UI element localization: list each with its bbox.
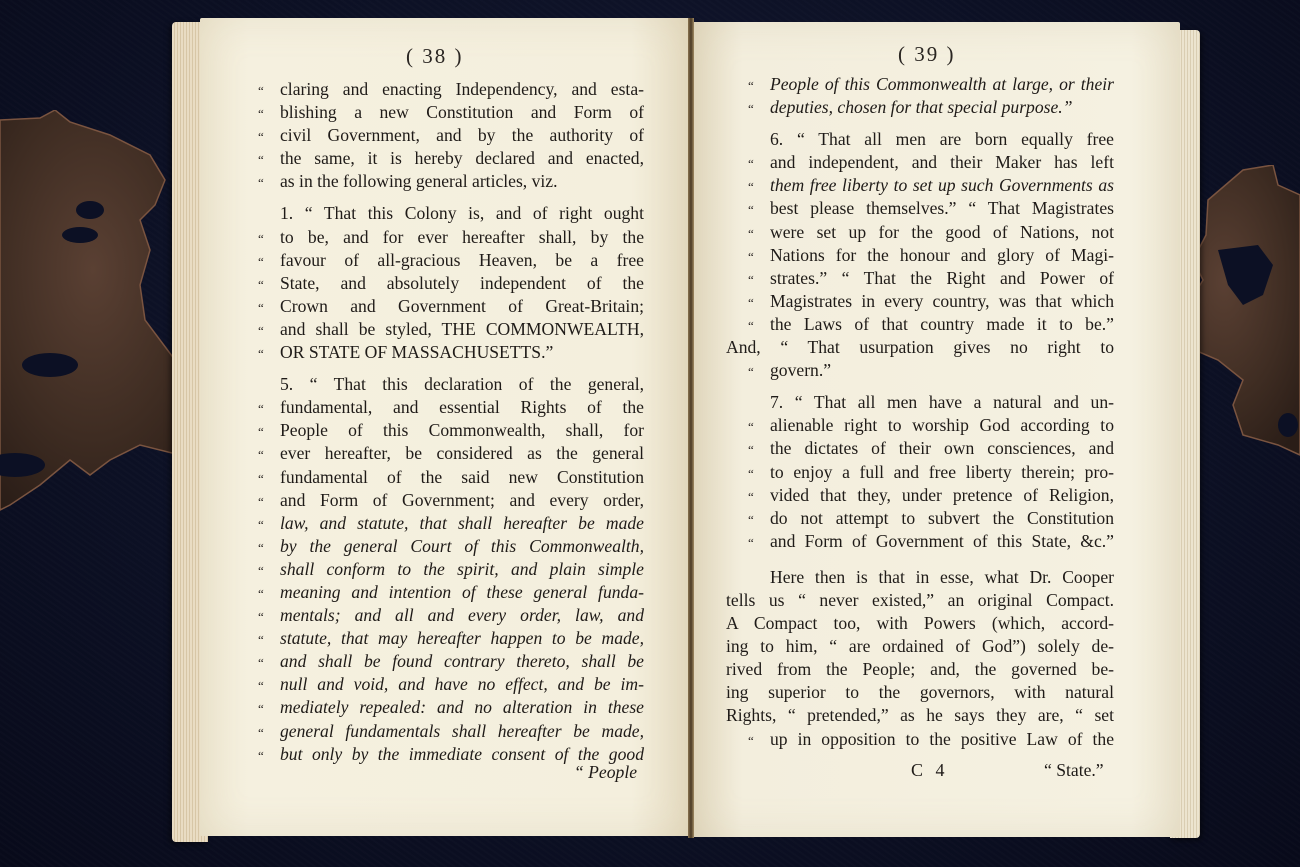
text-line: ing to him, “ are ordained of God”) sole…	[726, 635, 1114, 658]
text-line: “best please themselves.” “ That Magistr…	[748, 197, 1114, 220]
text-line: “as in the following general articles, v…	[258, 170, 644, 193]
text-line-italic: “general fundamentals shall hereafter be…	[258, 720, 644, 743]
text-line-commentary: Here then is that in esse, what Dr. Coop…	[748, 566, 1114, 589]
text-line: “fundamental, and essential Rights of th…	[258, 396, 644, 419]
text-line: “to enjoy a full and free liberty therei…	[748, 461, 1114, 484]
text-line: “the same, it is hereby declared and ena…	[258, 147, 644, 170]
text-line: “strates.” “ That the Right and Power of	[748, 267, 1114, 290]
text-line: “and Form of Government of this State, &…	[748, 530, 1114, 553]
text-line-article-1: 1. “ That this Colony is, and of right o…	[258, 202, 644, 225]
left-page: ( 38 ) “claring and enacting Independenc…	[200, 18, 690, 836]
text-line: “the Laws of that country made it to be.…	[748, 313, 1114, 336]
open-book: ( 38 ) “claring and enacting Independenc…	[172, 14, 1200, 842]
text-line: “favour of all-gracious Heaven, be a fre…	[258, 249, 644, 272]
text-line-italic: “and shall be found contrary thereto, sh…	[258, 650, 644, 673]
text-line-italic: “statute, that may hereafter happen to b…	[258, 627, 644, 650]
text-line: “People of this Commonwealth, shall, for	[258, 419, 644, 442]
text-line: Rights, “ pretended,” as he says they ar…	[726, 704, 1114, 727]
text-line-italic: “People of this Commonwealth at large, o…	[748, 73, 1114, 96]
text-line: “ever hereafter, be considered as the ge…	[258, 442, 644, 465]
text-line: “to be, and for ever hereafter shall, by…	[258, 226, 644, 249]
text-line-italic: “by the general Court of this Commonweal…	[258, 535, 644, 558]
text-line: “and independent, and their Maker has le…	[748, 151, 1114, 174]
text-line: “Magistrates in every country, was that …	[748, 290, 1114, 313]
text-line: “OR STATE OF MASSACHUSETTS.”	[258, 341, 644, 364]
text-line-italic: “deputies, chosen for that special purpo…	[748, 96, 1114, 119]
text-line: “Nations for the honour and glory of Mag…	[748, 244, 1114, 267]
catchword-left: “ People	[574, 762, 637, 783]
text-line-article-5: 5. “ That this declaration of the genera…	[258, 373, 644, 396]
page-number-38: ( 38 )	[406, 44, 464, 69]
text-line: tells us “ never existed,” an original C…	[726, 589, 1114, 612]
text-line: “claring and enacting Independency, and …	[258, 78, 644, 101]
text-line-italic: “mediately repealed: and no alteration i…	[258, 696, 644, 719]
text-line-italic: “law, and statute, that shall hereafter …	[258, 512, 644, 535]
text-line: “up in opposition to the positive Law of…	[748, 728, 1114, 751]
text-line: “alienable right to worship God accordin…	[748, 414, 1114, 437]
text-line-article-6: 6. “ That all men are born equally free	[748, 128, 1114, 151]
text-line: And, “ That usurpation gives no right to	[748, 336, 1114, 359]
text-line: “blishing a new Constitution and Form of	[258, 101, 644, 124]
text-line: “fundamental of the said new Constitutio…	[258, 466, 644, 489]
page-number-39: ( 39 )	[898, 42, 956, 67]
text-line: “Crown and Government of Great-Britain;	[258, 295, 644, 318]
text-line: “and shall be styled, THE COMMONWEALTH,	[258, 318, 644, 341]
text-line: “civil Government, and by the authority …	[258, 124, 644, 147]
text-line-italic: “null and void, and have no effect, and …	[258, 673, 644, 696]
left-page-text: “claring and enacting Independency, and …	[258, 78, 644, 766]
text-line-italic: “meaning and intention of these general …	[258, 581, 644, 604]
text-line: A Compact too, with Powers (which, accor…	[726, 612, 1114, 635]
text-line: “were set up for the good of Nations, no…	[748, 221, 1114, 244]
text-line-article-7: 7. “ That all men have a natural and un-	[748, 391, 1114, 414]
right-page: ( 39 ) “People of this Commonwealth at l…	[694, 22, 1180, 837]
text-line: “and Form of Government; and every order…	[258, 489, 644, 512]
signature-mark: C 4	[911, 760, 949, 781]
text-line: “vided that they, under pretence of Reli…	[748, 484, 1114, 507]
text-line: “do not attempt to subvert the Constitut…	[748, 507, 1114, 530]
text-line: rived from the People; and, the governed…	[726, 658, 1114, 681]
text-line: “State, and absolutely independent of th…	[258, 272, 644, 295]
text-line-italic: “them free liberty to set up such Govern…	[748, 174, 1114, 197]
text-line-italic: “shall conform to the spirit, and plain …	[258, 558, 644, 581]
text-line: “the dictates of their own consciences, …	[748, 437, 1114, 460]
text-line: “govern.”	[748, 359, 1114, 382]
catchword-right: “ State.”	[1044, 760, 1104, 781]
text-line: ing superior to the governors, with natu…	[726, 681, 1114, 704]
text-line-italic: “mentals; and all and every order, law, …	[258, 604, 644, 627]
right-page-text: “People of this Commonwealth at large, o…	[748, 73, 1114, 751]
